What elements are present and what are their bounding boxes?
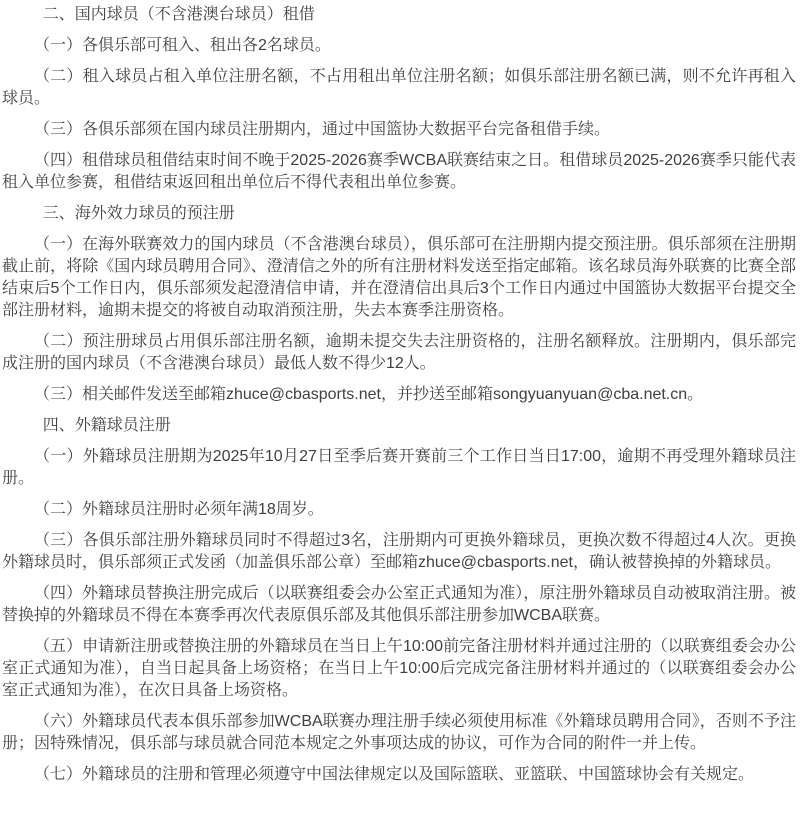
- section-heading-domestic-loan: 二、国内球员（不含港澳台球员）租借: [2, 4, 796, 26]
- paragraph: （一）外籍球员注册期为2025年10月27日至季后赛开赛前三个工作日当日17:0…: [2, 446, 796, 490]
- paragraph: （四）租借球员租借结束时间不晚于2025-2026赛季WCBA联赛结束之日。租借…: [2, 150, 796, 194]
- document-body: 二、国内球员（不含港澳台球员）租借 （一）各俱乐部可租入、租出各2名球员。 （二…: [0, 4, 800, 786]
- paragraph: （一）各俱乐部可租入、租出各2名球员。: [2, 35, 796, 57]
- paragraph: （一）在海外联赛效力的国内球员（不含港澳台球员），俱乐部可在注册期内提交预注册。…: [2, 234, 796, 322]
- section-heading-foreign-player-registration: 四、外籍球员注册: [2, 415, 796, 437]
- section-heading-overseas-preregistration: 三、海外效力球员的预注册: [2, 203, 796, 225]
- paragraph: （五）申请新注册或替换注册的外籍球员在当日上午10:00前完备注册材料并通过注册…: [2, 636, 796, 702]
- paragraph: （四）外籍球员替换注册完成后（以联赛组委会办公室正式通知为准），原注册外籍球员自…: [2, 583, 796, 627]
- paragraph: （二）外籍球员注册时必须年满18周岁。: [2, 499, 796, 521]
- paragraph: （三）各俱乐部须在国内球员注册期内，通过中国篮协大数据平台完备租借手续。: [2, 119, 796, 141]
- paragraph: （六）外籍球员代表本俱乐部参加WCBA联赛办理注册手续必须使用标准《外籍球员聘用…: [2, 711, 796, 755]
- paragraph: （三）相关邮件发送至邮箱zhuce@cbasports.net，并抄送至邮箱so…: [2, 384, 796, 406]
- paragraph: （七）外籍球员的注册和管理必须遵守中国法律规定以及国际篮联、亚篮联、中国篮球协会…: [2, 764, 796, 786]
- paragraph: （二）预注册球员占用俱乐部注册名额，逾期未提交失去注册资格的，注册名额释放。注册…: [2, 331, 796, 375]
- paragraph: （二）租入球员占租入单位注册名额，不占用租出单位注册名额；如俱乐部注册名额已满，…: [2, 66, 796, 110]
- paragraph: （三）各俱乐部注册外籍球员同时不得超过3名，注册期内可更换外籍球员，更换次数不得…: [2, 530, 796, 574]
